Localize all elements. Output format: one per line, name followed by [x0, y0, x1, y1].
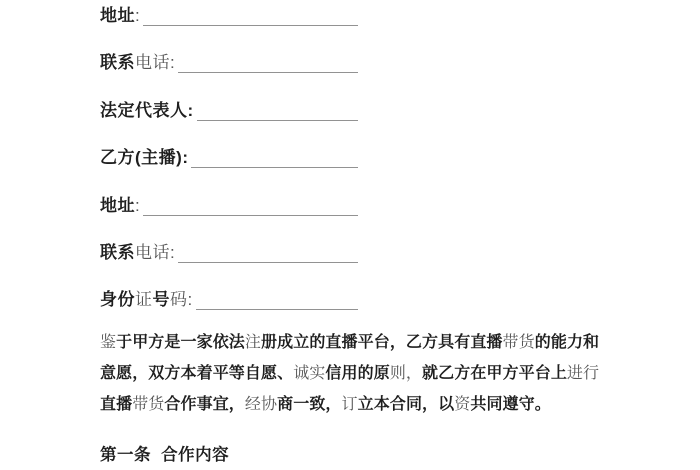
text-segment: 电话:	[135, 53, 175, 72]
field-legal-representative: 法定代表人:	[100, 100, 358, 121]
field-contact-phone-1: 联系电话:	[100, 52, 358, 73]
contract-document: 地址:联系电话:法定代表人:乙方(主播):地址:联系电话:身份证号码: 鉴于甲方…	[100, 0, 620, 470]
text-segment: 经协	[245, 396, 277, 413]
text-segment: 联系	[100, 53, 135, 72]
text-segment: 意愿，双方本着平等自愿、	[100, 365, 293, 382]
field-id-card-number: 身份证号码:	[100, 289, 358, 310]
text-segment: 地址	[100, 196, 135, 215]
blank-underline	[191, 163, 358, 168]
text-segment: 地址	[100, 6, 135, 25]
text-segment: 带货	[132, 396, 164, 413]
text-segment: 共同遵守。	[470, 396, 551, 413]
text-segment: 就乙方在甲方平台上	[422, 365, 567, 382]
paragraph-line: 直播带货合作事宜，经协商一致，订立本合同，以资共同遵守。	[100, 389, 610, 420]
text-segment: 信用的原	[325, 365, 389, 382]
preamble-paragraph: 鉴于甲方是一家依法注册成立的直播平台，乙方具有直播带货的能力和意愿，双方本着平等…	[100, 327, 610, 420]
blank-underline	[197, 116, 358, 121]
field-party-b-host: 乙方(主播):	[100, 147, 358, 168]
text-segment: 资	[454, 396, 470, 413]
text-segment: 证	[135, 290, 153, 309]
text-segment: 直播	[100, 396, 132, 413]
text-segment: 册成立的直播平台，乙方具有直播	[261, 334, 503, 351]
text-segment: 鉴	[100, 334, 116, 351]
text-segment: 联系	[100, 243, 135, 262]
field-label: 法定代表人:	[100, 100, 194, 121]
text-segment: 于甲方是一家依法	[116, 334, 245, 351]
text-segment: 带货	[503, 334, 535, 351]
text-segment: 号	[153, 290, 171, 309]
text-segment: 诚实	[293, 365, 325, 382]
field-address-2: 地址:	[100, 195, 358, 216]
text-segment: 合作事宜，	[164, 396, 245, 413]
blank-underline	[143, 21, 358, 26]
text-segment: :	[135, 196, 140, 215]
blank-underline	[143, 211, 358, 216]
text-segment: 电话:	[135, 243, 175, 262]
text-segment: 乙方(主播):	[100, 148, 188, 167]
paragraph-line: 鉴于甲方是一家依法注册成立的直播平台，乙方具有直播带货的能力和	[100, 327, 610, 358]
field-label: 地址:	[100, 195, 140, 216]
text-segment: 订	[342, 396, 358, 413]
field-contact-phone-2: 联系电话:	[100, 242, 358, 263]
text-segment: 立本合同，以	[358, 396, 455, 413]
field-label: 地址:	[100, 5, 140, 26]
text-segment: 商一致，	[277, 396, 341, 413]
field-label: 联系电话:	[100, 242, 175, 263]
text-segment: :	[135, 6, 140, 25]
text-segment: 码:	[170, 290, 193, 309]
field-label: 身份证号码:	[100, 289, 193, 310]
article-1-heading: 第一条 合作内容	[100, 441, 229, 465]
blank-underline	[178, 68, 358, 73]
text-segment: 进行	[567, 365, 599, 382]
text-segment: 则，	[390, 365, 422, 382]
field-label: 联系电话:	[100, 52, 175, 73]
paragraph-line: 意愿，双方本着平等自愿、诚实信用的原则，就乙方在甲方平台上进行	[100, 358, 610, 389]
text-segment: 法定代表人:	[100, 101, 194, 120]
text-segment: 的能力和	[535, 334, 599, 351]
text-segment: 注	[245, 334, 261, 351]
blank-underline	[196, 305, 358, 310]
text-segment: 身份	[100, 290, 135, 309]
blank-underline	[178, 258, 358, 263]
field-label: 乙方(主播):	[100, 147, 188, 168]
document-page: { "page": { "background": "#ffffff", "te…	[0, 0, 700, 470]
field-address-1: 地址:	[100, 5, 358, 26]
